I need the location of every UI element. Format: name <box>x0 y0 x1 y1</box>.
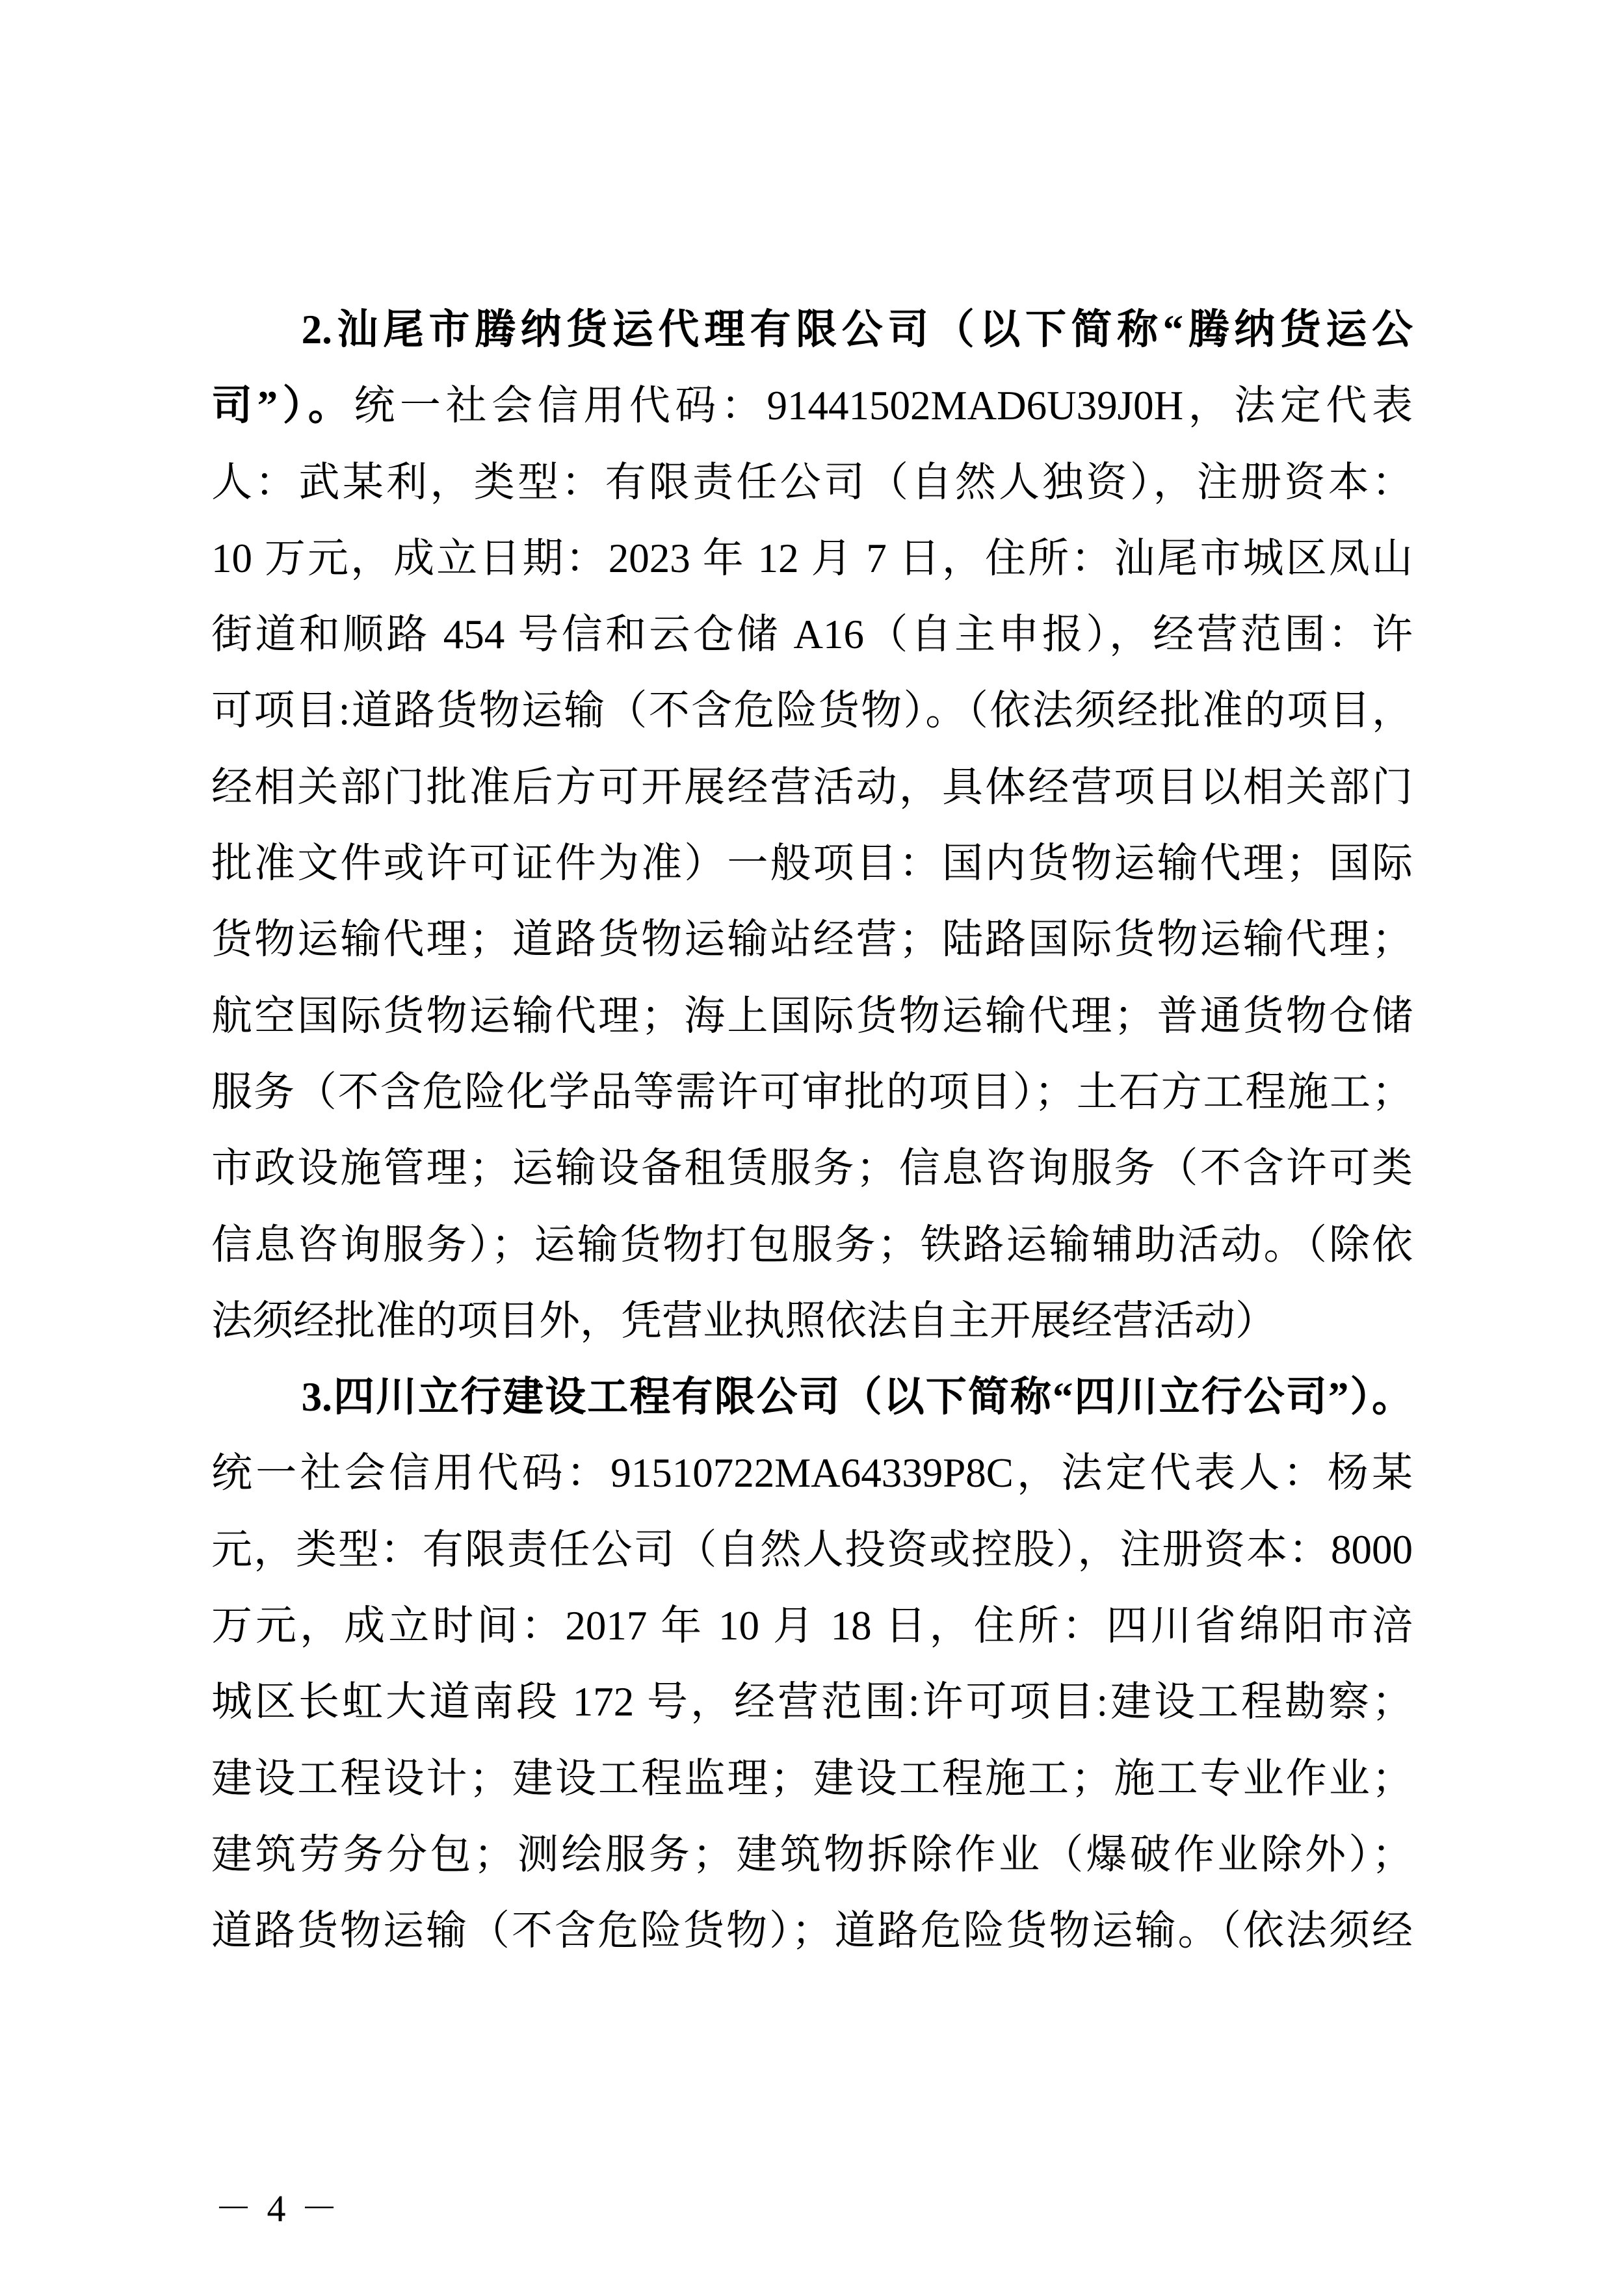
text-line: 统一社会信用代码：91510722MA64339P8C，法定代表人：杨某 <box>211 1435 1413 1511</box>
text-line: 10 万元，成立日期：2023 年 12 月 7 日，住所：汕尾市城区凤山 <box>211 521 1413 597</box>
body-text: 货物运输代理；道路货物运输站经营；陆路国际货物运输代理； <box>211 917 1413 962</box>
body-text: 元，类型：有限责任公司（自然人投资或控股），注册资本：8000 <box>211 1527 1413 1572</box>
body-text: 建筑劳务分包；测绘服务；建筑物拆除作业（爆破作业除外）； <box>211 1832 1413 1877</box>
body-text: 10 万元，成立日期：2023 年 12 月 7 日，住所：汕尾市城区凤山 <box>211 536 1413 581</box>
body-text: 航空国际货物运输代理；海上国际货物运输代理；普通货物仓储 <box>211 993 1413 1039</box>
text-line: 人：武某利，类型：有限责任公司（自然人独资），注册资本： <box>211 445 1413 521</box>
body-text: 统一社会信用代码：91510722MA64339P8C，法定代表人：杨某 <box>211 1450 1413 1496</box>
text-line: 市政设施管理；运输设备租赁服务；信息咨询服务（不含许可类 <box>211 1130 1413 1207</box>
body-text: 人：武某利，类型：有限责任公司（自然人独资），注册资本： <box>211 460 1413 505</box>
text-line: 街道和顺路 454 号信和云仓储 A16（自主申报），经营范围：许 <box>211 597 1413 673</box>
text-line: 经相关部门批准后方可开展经营活动，具体经营项目以相关部门 <box>211 750 1413 826</box>
page-number: － 4 － <box>215 2183 341 2235</box>
company-name-heading: 2.汕尾市腾纳货运代理有限公司（以下简称“腾纳货运公 <box>302 307 1413 352</box>
text-line: 城区长虹大道南段 172 号，经营范围:许可项目:建设工程勘察； <box>211 1664 1413 1740</box>
text-line: 2.汕尾市腾纳货运代理有限公司（以下简称“腾纳货运公 <box>211 292 1413 368</box>
text-line: 法须经批准的项目外，凭营业执照依法自主开展经营活动） <box>211 1283 1413 1359</box>
body-text: 建设工程设计；建设工程监理；建设工程施工；施工专业作业； <box>211 1756 1413 1801</box>
body-text: 服务（不含危险化学品等需许可审批的项目）；土石方工程施工； <box>211 1069 1413 1115</box>
body-text: 法须经批准的项目外，凭营业执照依法自主开展经营活动） <box>211 1298 1276 1344</box>
body-text: 市政设施管理；运输设备租赁服务；信息咨询服务（不含许可类 <box>211 1145 1413 1191</box>
text-line: 司”）。统一社会信用代码：91441502MAD6U39J0H，法定代表 <box>211 368 1413 444</box>
body-text: 可项目:道路货物运输（不含危险货物）。（依法须经批准的项目， <box>211 688 1413 733</box>
body-text: 信息咨询服务）；运输货物打包服务；铁路运输辅助活动。（除依 <box>211 1222 1413 1268</box>
body-text: 街道和顺路 454 号信和云仓储 A16（自主申报），经营范围：许 <box>211 612 1413 657</box>
body-text: 万元，成立时间：2017 年 10 月 18 日，住所：四川省绵阳市涪 <box>211 1603 1413 1649</box>
company-name-heading: 司”）。 <box>211 383 354 428</box>
text-line: 3.四川立行建设工程有限公司（以下简称“四川立行公司”）。 <box>211 1359 1413 1435</box>
text-line: 建设工程设计；建设工程监理；建设工程施工；施工专业作业； <box>211 1741 1413 1817</box>
body-text: 经相关部门批准后方可开展经营活动，具体经营项目以相关部门 <box>211 764 1413 810</box>
body-text: 道路货物运输（不含危险货物）；道路危险货物运输。（依法须经 <box>211 1908 1413 1953</box>
text-line: 批准文件或许可证件为准）一般项目：国内货物运输代理；国际 <box>211 826 1413 902</box>
text-line: 服务（不含危险化学品等需许可审批的项目）；土石方工程施工； <box>211 1054 1413 1130</box>
body-text: 批准文件或许可证件为准）一般项目：国内货物运输代理；国际 <box>211 841 1413 886</box>
company-name-heading: 3.四川立行建设工程有限公司（以下简称“四川立行公司”）。 <box>302 1374 1413 1420</box>
body-text: 统一社会信用代码：91441502MAD6U39J0H，法定代表 <box>354 383 1413 428</box>
text-line: 信息咨询服务）；运输货物打包服务；铁路运输辅助活动。（除依 <box>211 1207 1413 1283</box>
text-line: 航空国际货物运输代理；海上国际货物运输代理；普通货物仓储 <box>211 978 1413 1054</box>
text-line: 可项目:道路货物运输（不含危险货物）。（依法须经批准的项目， <box>211 673 1413 749</box>
document-body: 2.汕尾市腾纳货运代理有限公司（以下简称“腾纳货运公司”）。统一社会信用代码：9… <box>211 292 1413 1970</box>
text-line: 货物运输代理；道路货物运输站经营；陆路国际货物运输代理； <box>211 902 1413 978</box>
body-text: 城区长虹大道南段 172 号，经营范围:许可项目:建设工程勘察； <box>211 1679 1413 1725</box>
text-line: 元，类型：有限责任公司（自然人投资或控股），注册资本：8000 <box>211 1512 1413 1588</box>
text-line: 建筑劳务分包；测绘服务；建筑物拆除作业（爆破作业除外）； <box>211 1817 1413 1893</box>
text-line: 万元，成立时间：2017 年 10 月 18 日，住所：四川省绵阳市涪 <box>211 1588 1413 1664</box>
text-line: 道路货物运输（不含危险货物）；道路危险货物运输。（依法须经 <box>211 1893 1413 1969</box>
document-page: { "footer": { "page_number_label": "－ 4 … <box>0 0 1613 2296</box>
